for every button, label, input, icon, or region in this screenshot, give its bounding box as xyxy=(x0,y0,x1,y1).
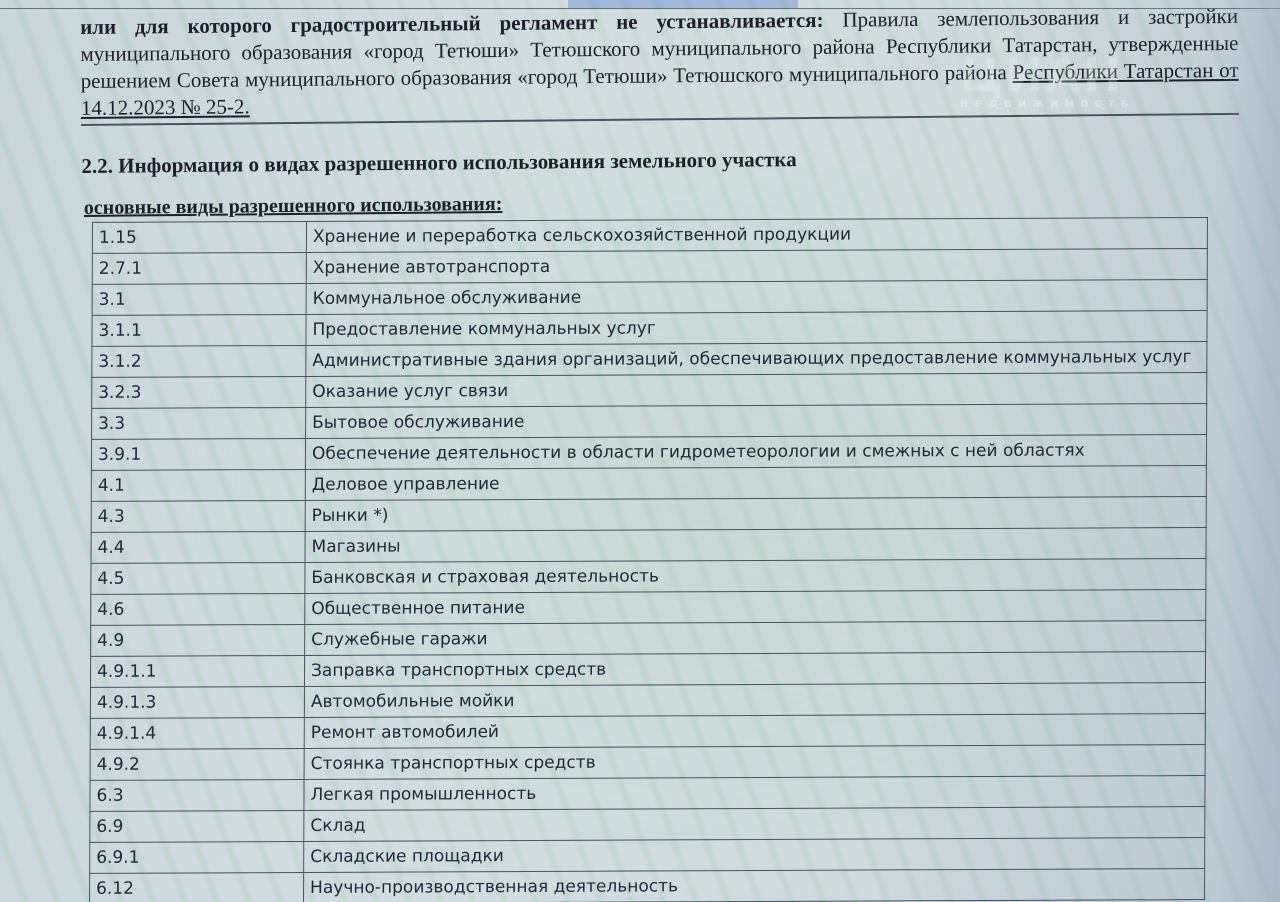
table-row: 3.9.1Обеспечение деятельности в области … xyxy=(91,435,1206,471)
use-code-cell: 3.3 xyxy=(92,407,306,439)
table-row: 4.6Общественное питание xyxy=(91,590,1206,626)
use-name-cell: Рынки *) xyxy=(305,497,1206,532)
use-name-cell: Коммунальное обслуживание xyxy=(306,280,1207,315)
use-code-cell: 3.1.2 xyxy=(92,345,306,377)
table-row: 4.9.1.4Ремонт автомобилей xyxy=(90,714,1205,750)
use-name-cell: Хранение и переработка сельскохозяйствен… xyxy=(306,218,1207,253)
table-row: 3.2.3Оказание услуг связи xyxy=(92,373,1207,409)
permitted-uses-table: 1.15Хранение и переработка сельскохозяйс… xyxy=(89,217,1208,902)
use-code-cell: 3.1 xyxy=(92,283,306,315)
use-name-cell: Хранение автотранспорта xyxy=(306,249,1207,284)
use-name-cell: Банковская и страховая деятельность xyxy=(305,559,1206,594)
use-code-cell: 4.4 xyxy=(91,531,305,563)
table-row: 3.1.2Административные здания организаций… xyxy=(92,342,1207,378)
use-name-cell: Легкая промышленность xyxy=(304,776,1205,811)
use-code-cell: 3.1.1 xyxy=(92,314,306,346)
use-name-cell: Оказание услуг связи xyxy=(306,373,1207,408)
use-code-cell: 4.9.1.4 xyxy=(90,717,304,749)
table-row: 2.7.1Хранение автотранспорта xyxy=(92,249,1207,285)
table-row: 4.9.2Стоянка транспортных средств xyxy=(90,745,1205,781)
use-code-cell: 4.9 xyxy=(91,624,305,656)
use-name-cell: Ремонт автомобилей xyxy=(304,714,1205,749)
use-name-cell: Предоставление коммунальных услуг xyxy=(306,311,1207,346)
use-code-cell: 4.1 xyxy=(91,469,305,501)
table-row: 6.3Легкая промышленность xyxy=(90,776,1205,812)
use-name-cell: Деловое управление xyxy=(305,466,1206,501)
table-row: 3.1.1Предоставление коммунальных услуг xyxy=(92,311,1207,347)
use-code-cell: 6.9 xyxy=(90,810,304,842)
table-row: 4.9.1.3Автомобильные мойки xyxy=(90,683,1205,719)
use-name-cell: Магазины xyxy=(305,528,1206,563)
use-code-cell: 4.9.2 xyxy=(90,748,304,780)
table-row: 1.15Хранение и переработка сельскохозяйс… xyxy=(92,218,1207,254)
table-row: 4.9Служебные гаражи xyxy=(91,621,1206,657)
table-row: 4.9.1.1Заправка транспортных средств xyxy=(90,652,1205,688)
table-row: 6.9Склад xyxy=(90,807,1205,843)
table-row: 6.12Научно-производственная деятельность xyxy=(90,869,1205,902)
sub-title: основные виды разрешенного использования… xyxy=(84,186,1244,220)
table-row: 4.1Деловое управление xyxy=(91,466,1206,502)
use-code-cell: 6.9.1 xyxy=(90,841,304,873)
use-code-cell: 4.5 xyxy=(91,562,305,594)
use-code-cell: 4.3 xyxy=(91,500,305,532)
use-code-cell: 4.9.1.1 xyxy=(90,655,304,687)
table-row: 3.1Коммунальное обслуживание xyxy=(92,280,1207,316)
permitted-uses-table-body: 1.15Хранение и переработка сельскохозяйс… xyxy=(90,218,1208,902)
document-page: или для которого градостроительный регла… xyxy=(80,3,1250,902)
use-name-cell: Склад xyxy=(304,807,1205,842)
use-code-cell: 4.6 xyxy=(91,593,305,625)
table-row: 3.3Бытовое обслуживание xyxy=(92,404,1207,440)
use-code-cell: 4.9.1.3 xyxy=(90,686,304,718)
use-name-cell: Общественное питание xyxy=(305,590,1206,625)
use-code-cell: 6.3 xyxy=(90,779,304,811)
use-name-cell: Научно-производственная деятельность xyxy=(304,869,1205,902)
use-name-cell: Автомобильные мойки xyxy=(304,683,1205,718)
use-code-cell: 3.2.3 xyxy=(92,376,306,408)
use-code-cell: 2.7.1 xyxy=(92,252,306,284)
use-name-cell: Заправка транспортных средств xyxy=(304,652,1205,687)
use-name-cell: Складские площадки xyxy=(304,838,1205,873)
intro-bold-lead: или для которого градостроительный регла… xyxy=(80,8,824,39)
use-name-cell: Административные здания организаций, обе… xyxy=(306,342,1207,377)
table-row: 4.5Банковская и страховая деятельность xyxy=(91,559,1206,595)
use-name-cell: Бытовое обслуживание xyxy=(306,404,1207,439)
table-row: 4.3Рынки *) xyxy=(91,497,1206,533)
use-code-cell: 6.12 xyxy=(90,872,304,902)
section-title: 2.2. Информация о видах разрешенного исп… xyxy=(81,143,1243,179)
table-row: 6.9.1Складские площадки xyxy=(90,838,1205,874)
table-row: 4.4Магазины xyxy=(91,528,1206,564)
use-name-cell: Обеспечение деятельности в области гидро… xyxy=(305,435,1206,470)
use-code-cell: 3.9.1 xyxy=(91,438,305,470)
intro-paragraph: или для которого градостроительный регла… xyxy=(80,3,1239,126)
use-name-cell: Стоянка транспортных средств xyxy=(304,745,1205,780)
use-name-cell: Служебные гаражи xyxy=(305,621,1206,656)
use-code-cell: 1.15 xyxy=(92,221,306,253)
